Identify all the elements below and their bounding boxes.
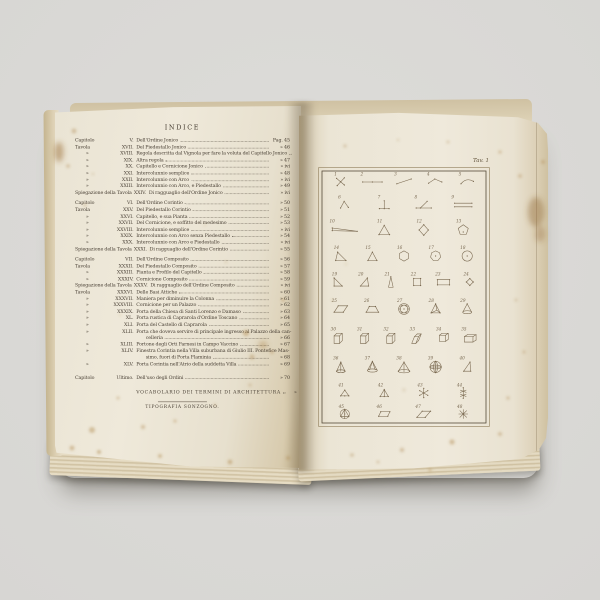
entry-label: »	[75, 348, 104, 355]
plate-figure-ray-star: 43	[416, 383, 428, 399]
imprint-rule	[158, 402, 207, 403]
plate-figure-triangle-cevian: 42	[377, 383, 389, 397]
plate-figure-number: 27	[396, 298, 403, 303]
entry-leader	[191, 174, 269, 175]
left-page: INDICE CapitoloV.Dell'Ordine JonicoPag. …	[55, 106, 301, 468]
plate-figure-oblique-segment: 3	[394, 171, 412, 184]
entry-label: »	[75, 361, 104, 368]
entry-leader	[238, 364, 268, 365]
plate-figure-circle-inscribed: 27	[396, 298, 409, 314]
plate-figure-number: 16	[397, 245, 403, 250]
entry-leader	[216, 299, 269, 300]
plate-figure-number: 41	[337, 383, 343, 388]
plate-figure-right-triangle: 19	[332, 272, 343, 287]
plate-figure-number: 19	[332, 272, 338, 277]
imprint-text: TIPOGRAFIA SONZOGNO.	[75, 404, 290, 409]
plate-figure-number: 44	[456, 383, 463, 388]
plate-figure-perpendicular: 7	[378, 194, 390, 209]
entry-leader	[223, 187, 269, 188]
plate-figure-number: 22	[410, 272, 417, 277]
plate-figure-number: 25	[331, 298, 338, 303]
plate-figure-circle: 18	[460, 245, 472, 261]
plate-figure-number: 18	[460, 245, 466, 250]
plate-figure-number: 35	[461, 327, 467, 332]
entry-text: Di ragguaglio dell'Ordine Jonico	[149, 190, 223, 197]
entry-leader	[205, 167, 269, 168]
plate-figure-prism-box: 30	[331, 327, 343, 344]
entry-leader	[198, 306, 269, 307]
index-entry: VOCABOLARIO DEI TERMINI DI ARCHITETTURA»…	[75, 389, 290, 396]
entry-leader	[165, 338, 269, 339]
plate-figure-oblique-on-base: 8	[415, 194, 432, 208]
book-gutter-shadow	[286, 102, 316, 472]
plate-figure-rect-wide: 23	[434, 272, 450, 286]
plate-figure-right-tri-small: 40	[459, 355, 472, 372]
plate-figure-number: 46	[376, 404, 383, 409]
entry-leader	[209, 325, 269, 326]
plate-figure-angle-vee: 6	[338, 194, 349, 208]
entry-label: Capitolo	[75, 375, 104, 382]
plate-figure-number: 33	[410, 327, 416, 332]
plate-figure-prism-box: 32	[383, 327, 395, 344]
index-entry: »XLII.Porta che doveva servire di princi…	[75, 328, 290, 335]
plate-figure-number: 38	[396, 355, 402, 360]
plate-figure-squat-box: 35	[461, 327, 476, 343]
plate-figure-triangle: 11	[377, 219, 390, 235]
entry-label: »	[75, 328, 104, 335]
plate-figure-number: 21	[383, 272, 389, 277]
plate-figure-trapezoid: 26	[363, 298, 379, 313]
plate-figure-number: 39	[428, 355, 434, 360]
entry-leader	[185, 378, 268, 379]
entry-leader	[239, 319, 269, 320]
entry-label: Spiegazione della Tavola	[75, 246, 134, 253]
entry-text: VOCABOLARIO DEI TERMINI DI ARCHITETTURA	[136, 389, 281, 396]
plate-figure-scalene-triangle: 14	[334, 245, 347, 261]
entry-leader	[230, 249, 269, 250]
plate-figure-number: 45	[338, 404, 345, 409]
entry-num: XXIV.	[134, 190, 149, 197]
plate-figure-number: 29	[459, 298, 466, 303]
plate-figure-parallelogram-2: 46	[376, 404, 391, 417]
entry-num: XLV.	[104, 361, 137, 368]
entry-leader	[225, 193, 269, 194]
plate-figure-number: 10	[330, 219, 336, 224]
entry-text: Dell'uso degli Ordini	[136, 375, 183, 382]
plate-figure-number: 47	[414, 404, 421, 409]
right-page: Tav. 1 123456789101112131415161718192021…	[299, 110, 548, 472]
plate-figure-pentagon: 13	[456, 219, 468, 235]
entry-leader	[222, 243, 269, 244]
entry-leader	[232, 236, 269, 237]
entry-leader	[191, 180, 269, 181]
plate-figure-pyramid-ell: 37	[365, 355, 378, 372]
plate-figure-rhombus: 12	[416, 219, 428, 236]
entry-label: Spiegazione della Tavola	[75, 190, 134, 197]
index-entry: Spiegazione della TavolaXXIV.Di ragguagl…	[75, 190, 290, 197]
plate-figure-number: 26	[363, 298, 370, 303]
plate-figure-square: 22	[410, 272, 421, 286]
plate-figure-number: 13	[456, 219, 462, 224]
entry-leader	[185, 204, 269, 205]
entry-leader	[240, 345, 269, 346]
index-content: INDICE CapitoloV.Dell'Ordine JonicoPag. …	[75, 124, 290, 410]
plate-figure-cube: 34	[436, 327, 448, 342]
plate-figure-number: 48	[456, 404, 463, 409]
plate-figure-number: 40	[459, 355, 466, 360]
plate-figure-number: 32	[383, 327, 389, 332]
plate-figure-right-triangle-2: 20	[357, 272, 369, 287]
plate-figure-hexagon: 16	[397, 245, 408, 261]
entry-leader	[188, 148, 269, 149]
entry-leader	[243, 312, 269, 313]
plate-figure-h-segment: 2	[360, 171, 383, 182]
plate-figure-number: 23	[434, 272, 441, 277]
entry-leader	[190, 217, 269, 218]
engraved-plate: Tav. 1 123456789101112131415161718192021…	[318, 167, 490, 427]
plate-figure-number: 17	[429, 245, 435, 250]
entry-leader	[179, 293, 269, 294]
entry-leader	[180, 141, 269, 142]
plate-figure-axis-star: 44	[456, 383, 466, 399]
entry-num: XLIV.	[104, 348, 137, 355]
plate-figure-thin-triangle: 10	[330, 219, 358, 232]
plate-figure-number: 7	[378, 194, 381, 199]
plate-figure-number: 43	[416, 383, 423, 388]
plate-figure-number: 14	[334, 245, 340, 250]
entry-leader	[191, 230, 269, 231]
plate-figure-arc-curve: 5	[459, 171, 474, 184]
entry-leader	[189, 280, 268, 281]
plate-figure-number: 42	[377, 383, 384, 388]
entry-leader	[193, 210, 269, 211]
plate-figure-number: 11	[377, 219, 382, 224]
plate-figure-cross-lines: 1	[334, 171, 345, 186]
plate-figure-isoceles-triangle: 15	[365, 245, 377, 261]
plate-figure-rhombus-small: 24	[462, 272, 473, 286]
plate-figure-parallel-lines: 9	[451, 194, 472, 207]
printer-imprint: TIPOGRAFIA SONZOGNO.	[75, 402, 290, 410]
plate-figure-cone-wide: 38	[396, 355, 410, 373]
plate-figure-pyramid: 28	[428, 298, 441, 313]
entry-num: XLII.	[104, 328, 137, 335]
plate-figure-number: 31	[357, 327, 362, 332]
plate-figure-number: 12	[416, 219, 422, 224]
plate-figure-oblique-prism: 33	[410, 327, 422, 344]
entry-text: Porta Corintia nell'Atrio della suddetta…	[136, 361, 236, 368]
index-title: INDICE	[75, 124, 290, 131]
plate-figure-number: 15	[365, 245, 371, 250]
index-entry: »XLV.Porta Corintia nell'Atrio della sud…	[75, 361, 290, 368]
index-entries: CapitoloV.Dell'Ordine JonicoPag. 45Tavol…	[75, 138, 290, 396]
plate-figure-number: 4	[426, 171, 430, 176]
plate-figure-sphere: 39	[428, 355, 442, 373]
plate-figure-number: 36	[333, 355, 339, 360]
plate-figure-parallelogram: 25	[331, 298, 348, 313]
plate-figure-tall-triangle: 21	[383, 272, 393, 288]
entry-leader	[166, 161, 269, 162]
entry-text: Di ragguaglio dell'Ordine Corintio	[150, 246, 228, 253]
plate-figure-number: 24	[462, 272, 469, 277]
plate-figure-number: 28	[428, 298, 435, 303]
plate-figure-heptagon: 17	[429, 245, 441, 261]
plate-figure-number: 1	[334, 171, 337, 176]
plate-figure-prism-box: 31	[357, 327, 369, 344]
plate-figure-number: 37	[365, 355, 371, 360]
plate-figure-number: 5	[459, 171, 462, 176]
index-entry: Spiegazione della TavolaXXXI.Di ragguagl…	[75, 246, 290, 253]
plate-figure-number: 9	[451, 194, 454, 199]
plate-figure-cone: 29	[459, 298, 472, 314]
plate-figure-number: 30	[331, 327, 337, 332]
plate-figure-oblique-parallelogram: 47	[414, 404, 431, 418]
plate-figure-triangle-points: 41	[337, 383, 349, 397]
plate-figure-number: 8	[415, 194, 418, 199]
plate-figure-circle-triangle: 45	[338, 404, 350, 419]
entry-num: XXXI.	[134, 246, 150, 253]
plate-figure-number: 34	[436, 327, 442, 332]
entry-leader	[237, 286, 269, 287]
entry-leader	[204, 273, 269, 274]
photo-background: INDICE CapitoloV.Dell'Ordine JonicoPag. …	[0, 0, 600, 600]
index-entry: CapitoloUltimo.Dell'uso degli Ordini» 70	[75, 375, 290, 382]
plate-figure-bent-line: 4	[426, 171, 442, 183]
plate-figure-number: 2	[360, 171, 364, 176]
entry-leader	[213, 358, 269, 359]
entry-num: Ultimo.	[104, 375, 137, 382]
plate-figure-number: 3	[394, 171, 397, 176]
plate-figure-number: 20	[357, 272, 364, 277]
plate-number-label: Tav. 1	[473, 158, 489, 164]
plate-figure-tri-cone: 36	[333, 355, 346, 372]
entry-leader	[191, 260, 269, 261]
plate-figures-svg: 1234567891011121314151617181920212223242…	[318, 167, 490, 427]
plate-figure-asterisk: 48	[456, 404, 468, 419]
entry-leader	[229, 223, 269, 224]
plate-figure-number: 6	[338, 194, 341, 199]
entry-leader	[199, 267, 269, 268]
